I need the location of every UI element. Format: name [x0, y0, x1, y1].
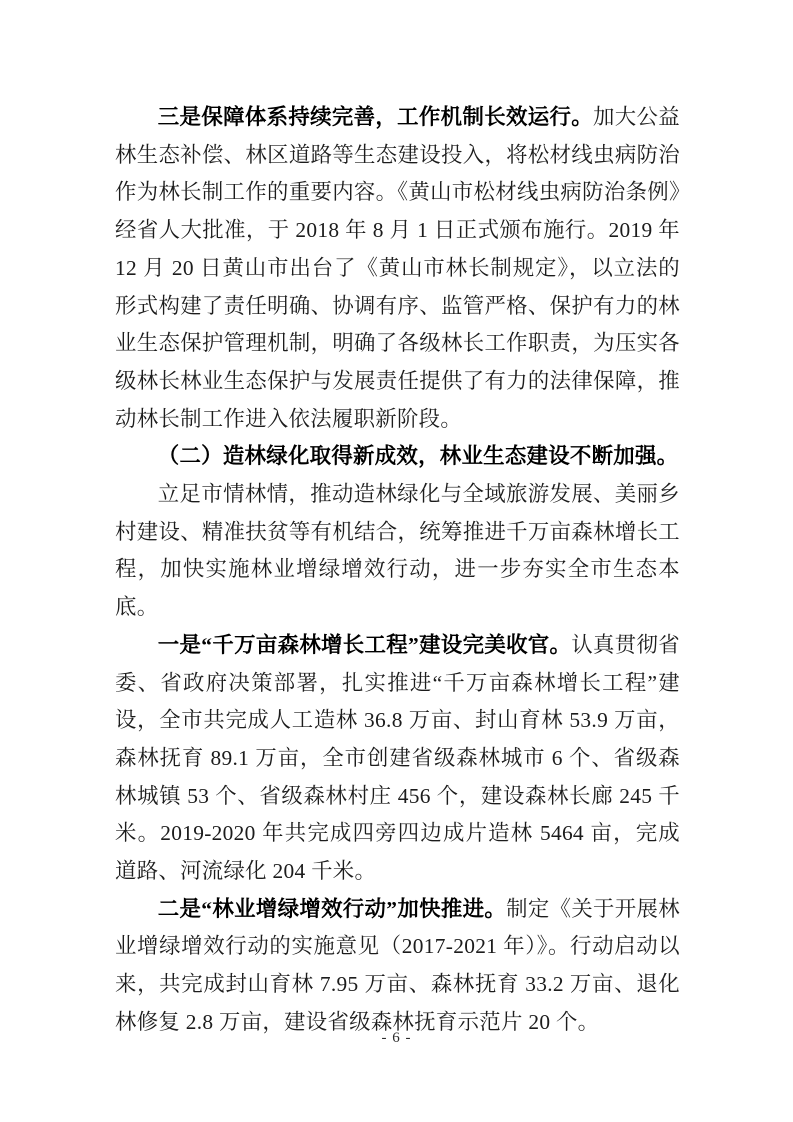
paragraph: 立足市情林情，推动造林绿化与全域旅游发展、美丽乡村建设、精准扶贫等有机结合，统筹… — [115, 476, 680, 627]
paragraph-text: 认真贯彻省委、省政府决策部署，扎实推进“千万亩森林增长工程”建设，全市共完成人工… — [115, 633, 680, 883]
document-body: 三是保障体系持续完善，工作机制长效运行。加大公益林生态补偿、林区道路等生态建设投… — [115, 99, 680, 1042]
paragraph-lead: 二是“林业增绿增效行动”加快推进。 — [158, 897, 506, 921]
paragraph: 三是保障体系持续完善，工作机制长效运行。加大公益林生态补偿、林区道路等生态建设投… — [115, 99, 680, 438]
paragraph-subheading: （二）造林绿化取得新成效，林业生态建设不断加强。 — [115, 438, 680, 476]
page-number: - 6 - — [0, 1028, 793, 1048]
paragraph-text: 立足市情林情，推动造林绿化与全域旅游发展、美丽乡村建设、精准扶贫等有机结合，统筹… — [115, 482, 680, 619]
paragraph: 一是“千万亩森林增长工程”建设完美收官。认真贯彻省委、省政府决策部署，扎实推进“… — [115, 627, 680, 891]
document-page: 三是保障体系持续完善，工作机制长效运行。加大公益林生态补偿、林区道路等生态建设投… — [0, 0, 793, 1122]
paragraph-text: 加大公益林生态补偿、林区道路等生态建设投入，将松材线虫病防治作为林长制工作的重要… — [115, 105, 680, 431]
paragraph-lead: （二）造林绿化取得新成效，林业生态建设不断加强。 — [158, 444, 679, 468]
paragraph: 二是“林业增绿增效行动”加快推进。制定《关于开展林业增绿增效行动的实施意见（20… — [115, 891, 680, 1042]
paragraph-lead: 一是“千万亩森林增长工程”建设完美收官。 — [158, 633, 572, 657]
paragraph-lead: 三是保障体系持续完善，工作机制长效运行。 — [158, 105, 593, 129]
